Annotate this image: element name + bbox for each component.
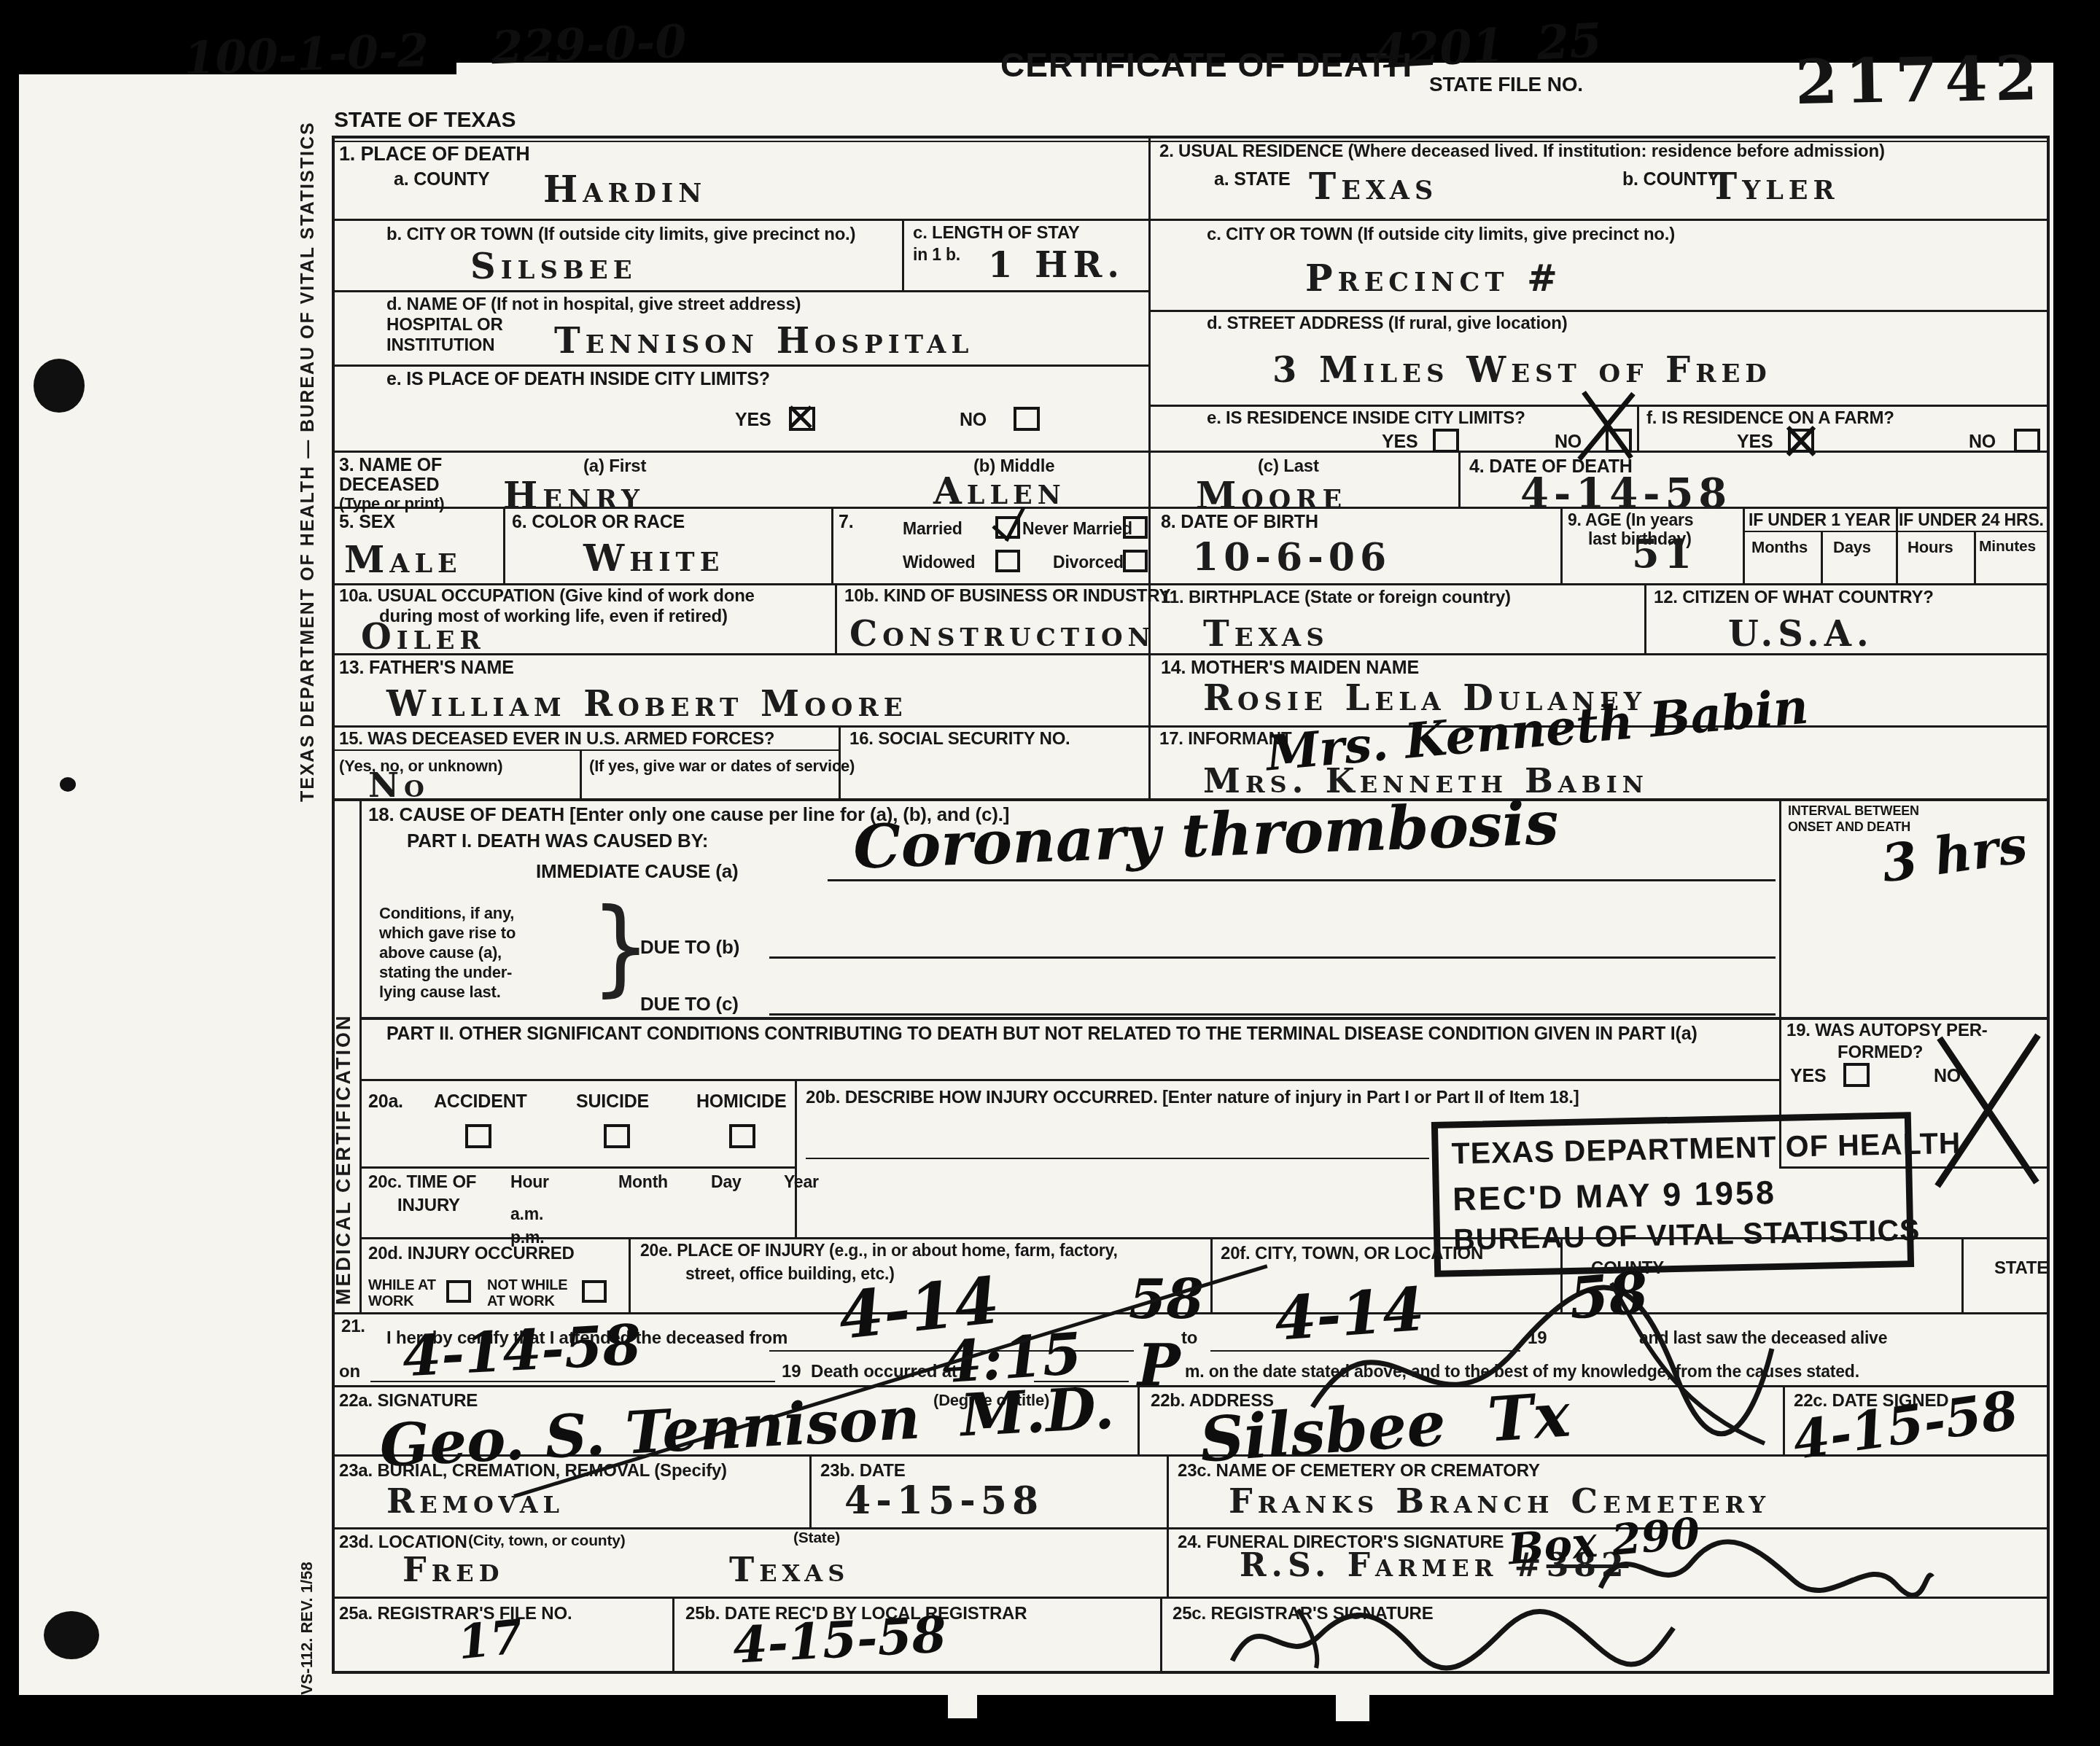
certify-text-2: to — [1181, 1328, 1197, 1349]
farm-yes-label: YES — [1737, 432, 1773, 453]
county-value: Hardin — [543, 168, 707, 211]
homicide-label: HOMICIDE — [696, 1091, 786, 1112]
while-at-work-label-1: WHILE AT — [368, 1277, 436, 1294]
length-of-stay-value: 1 HR. — [988, 245, 1124, 286]
occupation-value: Oiler — [361, 617, 486, 658]
certify-text-8: m. on the date stated above, and to the … — [1185, 1362, 1859, 1381]
residence-state-label: a. STATE — [1214, 169, 1290, 190]
certify-hand-to-year: 58 — [1566, 1259, 1651, 1332]
scan-blob — [44, 1611, 99, 1659]
funeral-director-typed-prefix: R.S. Farmer # — [1240, 1547, 1547, 1584]
place-of-death-title: 1. PLACE OF DEATH — [339, 143, 530, 165]
grid-line — [332, 1385, 2047, 1387]
medical-certification-vertical-label: MEDICAL CERTIFICATION — [332, 809, 355, 1305]
grid-line — [672, 1597, 674, 1671]
grid-line — [902, 219, 904, 290]
grid-line — [1148, 136, 1151, 798]
grid-line — [1148, 310, 2047, 312]
birthplace-label: 11. BIRTHPLACE (State or foreign country… — [1161, 588, 1511, 608]
place-limits-no-label: NO — [960, 410, 987, 431]
scan-bottom-notch — [948, 1695, 977, 1718]
grid-line — [332, 1671, 2049, 1674]
agency-vertical-label: TEXAS DEPARTMENT OF HEALTH — BUREAU OF V… — [297, 142, 319, 802]
armed-forces-value: No — [368, 765, 429, 805]
suicide-label: SUICIDE — [576, 1091, 649, 1112]
father-label: 13. FATHER'S NAME — [339, 658, 514, 679]
widowed-label: Widowed — [903, 553, 975, 572]
not-while-at-work-label-2: AT WORK — [487, 1293, 555, 1310]
checkbox-widowed — [995, 550, 1020, 572]
checkbox-accident — [465, 1124, 491, 1148]
citizen-value: U.S.A. — [1728, 614, 1874, 655]
father-value: William Robert Moore — [386, 684, 908, 725]
grid-line — [629, 1237, 631, 1312]
handwritten-x-autopsy-no — [1929, 1029, 2049, 1193]
grid-line — [1896, 507, 1898, 583]
checkbox-residence-limits-yes — [1433, 429, 1459, 453]
grid-line — [831, 507, 833, 583]
day-label: Day — [711, 1172, 742, 1192]
stamp-line-2: REC'D MAY 9 1958 — [1452, 1174, 1777, 1218]
if-under-24-hrs-label: IF UNDER 24 HRS. — [1899, 510, 2044, 530]
grid-line — [1167, 1454, 1169, 1597]
certificate-title: CERTIFICATE OF DEATH — [1000, 45, 1412, 85]
grid-line — [1783, 1385, 1785, 1454]
grid-line — [809, 1454, 812, 1527]
checkbox-suicide — [604, 1124, 630, 1148]
usual-residence-title: 2. USUAL RESIDENCE (Where deceased lived… — [1159, 141, 1885, 162]
received-stamp: TEXAS DEPARTMENT OF HEALTH REC'D MAY 9 1… — [1431, 1112, 1914, 1277]
due-to-b-writing-line — [769, 956, 1776, 959]
grid-line — [1644, 583, 1646, 653]
hours-label: Hours — [1907, 538, 1953, 557]
residence-farm-label: f. IS RESIDENCE ON A FARM? — [1646, 408, 1894, 429]
hospital-label-3: INSTITUTION — [386, 335, 494, 356]
residence-city-label: c. CITY OR TOWN (If outside city limits,… — [1207, 225, 1675, 245]
residence-limits-label: e. IS RESIDENCE INSIDE CITY LIMITS? — [1207, 408, 1525, 429]
scan-edge-left — [0, 0, 19, 1746]
conditions-line-3: above cause (a), — [379, 943, 502, 962]
date-of-birth-label: 8. DATE OF BIRTH — [1161, 512, 1318, 533]
checkbox-autopsy-yes — [1843, 1063, 1870, 1087]
accident-row-num: 20a. — [368, 1091, 403, 1112]
grid-line — [2047, 136, 2050, 1674]
am-label: a.m. — [510, 1204, 543, 1224]
never-married-label: Never Married — [1022, 519, 1132, 539]
age-value: 51 — [1632, 531, 1697, 577]
race-value: White — [583, 537, 724, 580]
if-under-1-year-label: IF UNDER 1 YEAR — [1749, 510, 1891, 530]
checkbox-while-at-work — [446, 1280, 471, 1303]
city-or-town-label: b. CITY OR TOWN (If outside city limits,… — [386, 225, 855, 245]
state-of-texas-label: STATE OF TEXAS — [334, 108, 516, 133]
grid-line — [1560, 507, 1563, 583]
scan-blob — [60, 777, 76, 792]
hospital-label-2: HOSPITAL OR — [386, 315, 503, 335]
grid-line — [359, 798, 362, 1312]
burial-value: Removal — [386, 1481, 564, 1521]
date-of-birth-value: 10-6-06 — [1192, 535, 1391, 580]
county-label: a. COUNTY — [394, 169, 490, 190]
month-label: Month — [618, 1172, 668, 1192]
scan-edge-right — [2053, 0, 2100, 1746]
funeral-director-signature-script — [1590, 1537, 1940, 1602]
certify-hand-to-date: 4-14 — [1272, 1274, 1426, 1355]
certify-hand-ampm: P — [1137, 1333, 1181, 1399]
while-at-work-label-2: WORK — [368, 1293, 414, 1310]
immediate-cause-writing-line — [828, 879, 1776, 881]
birthplace-value: Texas — [1203, 614, 1329, 655]
autopsy-yes-label: YES — [1790, 1066, 1826, 1087]
checkbox-homicide — [729, 1124, 755, 1148]
grid-line — [1743, 531, 2047, 532]
scan-bottom-notch — [1336, 1695, 1369, 1721]
grid-line — [332, 136, 335, 1674]
ssn-label: 16. SOCIAL SECURITY NO. — [849, 729, 1070, 749]
injury-writing-line — [806, 1158, 1429, 1159]
street-address-value: 3 Miles West of Fred — [1272, 350, 1772, 391]
grid-line — [359, 1079, 1779, 1081]
part2-label: PART II. OTHER SIGNIFICANT CONDITIONS CO… — [386, 1024, 1697, 1045]
due-to-c-label: DUE TO (c) — [640, 993, 739, 1016]
checkbox-farm-no — [2014, 429, 2040, 453]
immediate-cause-label: IMMEDIATE CAUSE (a) — [536, 860, 738, 883]
farm-no-label: NO — [1969, 432, 1996, 453]
registrar-signature-script — [1218, 1602, 1684, 1675]
grid-line — [1458, 451, 1461, 507]
accident-label: ACCIDENT — [434, 1091, 527, 1112]
sex-label: 5. SEX — [339, 512, 395, 533]
length-of-stay-label: c. LENGTH OF STAY — [913, 223, 1080, 243]
checkbox-divorced — [1123, 550, 1148, 572]
conditions-line-2: which gave rise to — [379, 924, 516, 943]
hospital-label-1: d. NAME OF (If not in hospital, give str… — [386, 295, 801, 315]
industry-value: Construction — [849, 614, 1156, 655]
name-title-2: DECEASED — [339, 475, 439, 496]
certify-num: 21. — [341, 1317, 365, 1337]
grid-line — [1779, 798, 1781, 1166]
grid-line — [332, 136, 2049, 139]
certify-line — [1210, 1350, 1520, 1352]
state-file-no-label: STATE FILE NO. — [1429, 73, 1583, 96]
minutes-label: Minutes — [1979, 538, 2036, 556]
place-limits-label: e. IS PLACE OF DEATH INSIDE CITY LIMITS? — [386, 369, 770, 390]
checkbox-place-limits-no — [1014, 407, 1040, 431]
citizen-label: 12. CITIZEN OF WHAT COUNTRY? — [1654, 588, 1934, 608]
grid-line — [1160, 1597, 1162, 1671]
conditions-line-5: lying cause last. — [379, 983, 501, 1002]
first-name-value: Henry — [503, 474, 645, 517]
burial-label: 23a. BURIAL, CREMATION, REMOVAL (Specify… — [339, 1461, 727, 1481]
cemetery-label: 23c. NAME OF CEMETERY OR CREMATORY — [1178, 1461, 1540, 1481]
injury-occurred-label: 20d. INJURY OCCURRED — [368, 1244, 575, 1264]
armed-forces-sub-2: (If yes, give war or dates of service) — [589, 757, 855, 776]
residence-city-value: Precinct # — [1305, 257, 1563, 300]
sex-value: Male — [344, 538, 462, 581]
grid-line — [1210, 1237, 1213, 1312]
residence-state-value: Texas — [1309, 165, 1438, 208]
grid-line — [332, 1527, 2047, 1529]
location-city-sub: (City, town, or county) — [468, 1532, 626, 1550]
certify-hand-from-year: 58 — [1129, 1268, 1204, 1331]
stamp-line-3: BUREAU OF VITAL STATISTICS — [1453, 1213, 1921, 1257]
conditions-line-1: Conditions, if any, — [379, 904, 514, 923]
due-to-c-writing-line — [769, 1013, 1776, 1016]
checkbox-not-while-at-work — [582, 1280, 607, 1303]
not-while-at-work-label-1: NOT WHILE — [487, 1277, 567, 1294]
grid-line — [1961, 1237, 1964, 1312]
grid-line — [332, 583, 2049, 585]
grid-line — [332, 365, 1148, 367]
time-of-injury-label-2: INJURY — [397, 1196, 460, 1216]
grid-line — [835, 583, 837, 653]
mother-label: 14. MOTHER'S MAIDEN NAME — [1161, 658, 1419, 679]
grid-line — [1974, 531, 1976, 583]
city-value: Silsbee — [470, 246, 637, 287]
place-of-injury-label-1: 20e. PLACE OF INJURY (e.g., in or about … — [640, 1241, 1118, 1260]
grid-line — [1743, 507, 1745, 583]
due-to-b-label: DUE TO (b) — [640, 936, 739, 959]
location-city-value: Fred — [402, 1550, 504, 1589]
burial-date-value: 4-15-58 — [844, 1478, 1043, 1523]
x-mark-place-limits-yes — [786, 402, 815, 432]
handwritten-x-residence-limits-no — [1569, 385, 1642, 465]
married-label: Married — [903, 519, 962, 539]
length-of-stay-sub: in 1 b. — [913, 245, 960, 265]
race-label: 6. COLOR OR RACE — [512, 512, 685, 533]
conditions-line-4: stating the under- — [379, 963, 512, 982]
grid-line — [332, 290, 1148, 292]
form-code-vertical-label: VS-112. REV. 1/58 — [297, 1538, 316, 1695]
grid-line — [795, 1079, 797, 1237]
grid-line — [359, 1017, 2049, 1020]
certify-text-3: 19 — [1528, 1328, 1547, 1349]
divorced-label: Divorced — [1053, 553, 1124, 572]
days-label: Days — [1833, 538, 1871, 557]
registrar-file-value: 17 — [455, 1610, 525, 1671]
time-of-injury-label-1: 20c. TIME OF — [368, 1172, 476, 1193]
stamp-line-1: TEXAS DEPARTMENT OF HEALTH — [1451, 1126, 1961, 1172]
name-title-1: 3. NAME OF — [339, 455, 442, 476]
interval-label-1: INTERVAL BETWEEN — [1788, 803, 1919, 819]
state-file-number-stamp: 21742 — [1794, 42, 2045, 118]
age-label-1: 9. AGE (In years — [1568, 510, 1693, 530]
certify-text-5: on — [339, 1362, 360, 1382]
last-name-value: Moore — [1196, 474, 1347, 517]
occupation-label-1: 10a. USUAL OCCUPATION (Give kind of work… — [339, 586, 755, 607]
residence-limits-yes-label: YES — [1382, 432, 1417, 453]
scan-blob — [34, 359, 85, 413]
grid-line — [332, 749, 839, 751]
grid-line — [1821, 531, 1823, 583]
part1-label: PART I. DEATH WAS CAUSED BY: — [407, 830, 708, 852]
scan-edge-bottom — [0, 1695, 2100, 1746]
months-label: Months — [1751, 538, 1808, 557]
place-limits-yes-label: YES — [735, 410, 771, 431]
death-certificate-scan: 100-1-0-2 229-0-0 CERTIFICATE OF DEATH 4… — [0, 0, 2100, 1746]
hour-label: Hour — [510, 1172, 549, 1192]
residence-county-label: b. COUNTY — [1622, 169, 1719, 190]
location-state-value: Texas — [729, 1550, 849, 1589]
date-recd-value: 4-15-58 — [731, 1605, 948, 1675]
grid-line — [332, 219, 2049, 221]
industry-label: 10b. KIND OF BUSINESS OR INDUSTRY — [844, 586, 1170, 607]
injury-state-label: STATE — [1994, 1258, 2048, 1279]
armed-forces-label: 15. WAS DECEASED EVER IN U.S. ARMED FORC… — [339, 729, 774, 749]
certify-text-6: 19 — [782, 1362, 801, 1382]
certify-text-4: and last saw the deceased alive — [1639, 1328, 1887, 1348]
street-address-label: d. STREET ADDRESS (If rural, give locati… — [1207, 313, 1568, 334]
certify-hand-on-date: 4-14-58 — [401, 1312, 643, 1389]
hospital-value: Tennison Hospital — [554, 321, 973, 362]
marital-num: 7. — [839, 512, 853, 533]
checkbox-never-married — [1123, 516, 1148, 539]
location-state-sub: (State) — [793, 1529, 840, 1547]
residence-county-value: Tyler — [1710, 165, 1840, 208]
grid-line — [359, 1166, 795, 1169]
grid-line — [580, 749, 582, 798]
grid-line — [503, 507, 505, 583]
handwritten-x-farm-yes — [1782, 421, 1820, 459]
autopsy-label-2: FORMED? — [1837, 1042, 1923, 1063]
year-label: Year — [784, 1172, 819, 1192]
name-title-3: (Type or print) — [339, 494, 444, 513]
describe-injury-label: 20b. DESCRIBE HOW INJURY OCCURRED. [Ente… — [806, 1088, 1579, 1108]
